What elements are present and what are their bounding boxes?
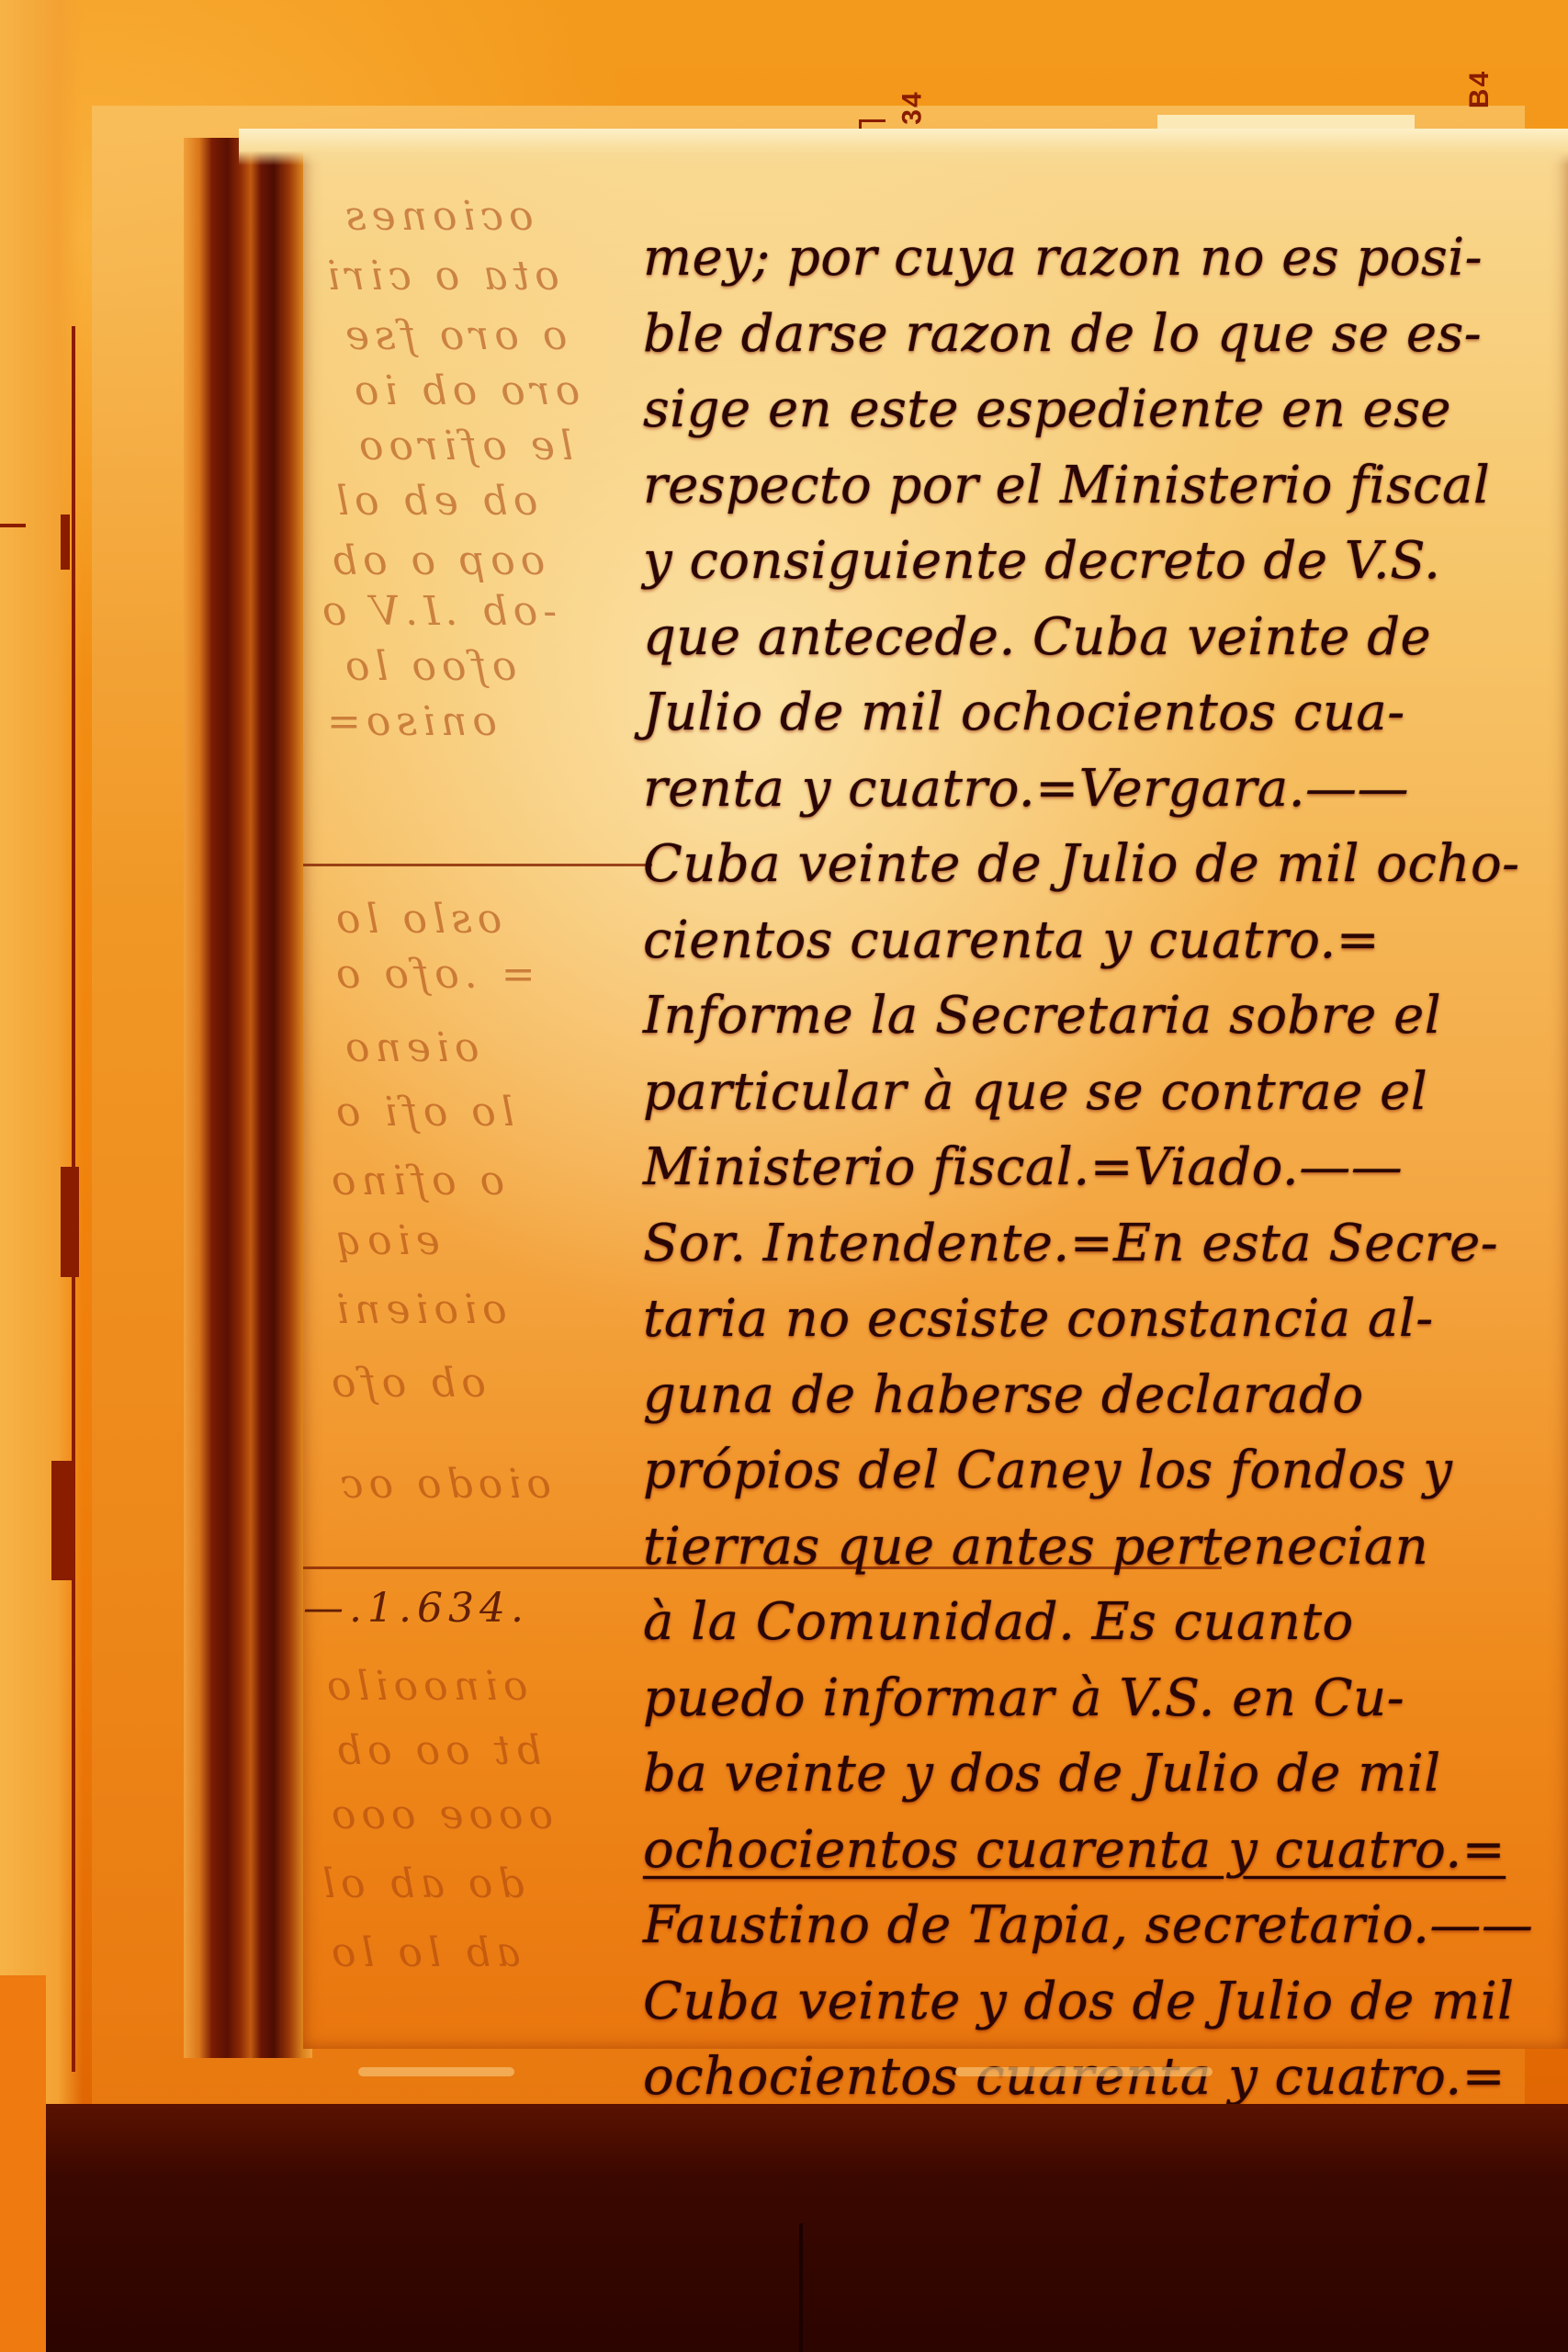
text-line: ochocientos cuarenta y cuatro.= — [643, 1813, 1543, 1889]
text-line: Cuba veinte y dos de Julio de mil — [643, 1964, 1543, 2041]
bleed-line: ociones — [340, 193, 534, 240]
text-line: ble darse razon de lo que se es- — [643, 297, 1543, 373]
text-line: cientos cuarenta y cuatro.= — [643, 903, 1543, 979]
backing-guide-line-horizontal — [0, 524, 26, 527]
bottom-shadow-region — [0, 2104, 1568, 2352]
text-line: respecto por el Ministerio fiscal — [643, 448, 1543, 525]
bleed-line: = .ofo o — [331, 951, 536, 998]
bleed-line: oiodo oc — [335, 1461, 551, 1508]
text-line: Cuba veinte de Julio de mil ocho- — [643, 827, 1543, 903]
backing-guide-thick-3 — [51, 1461, 73, 1580]
bleed-line: do ab ol — [317, 1860, 525, 1907]
text-line: à la Comunidad. Es cuanto — [643, 1585, 1543, 1661]
bleed-line: lo ofi o — [331, 1089, 514, 1136]
bleed-line: ofoo lo — [340, 643, 516, 690]
tab-label-34: 34 — [897, 90, 929, 124]
text-line: particular à que se contrae el — [643, 1055, 1543, 1131]
text-line: Faustino de Tapia, secretario.—— — [643, 1888, 1543, 1964]
tab-label-b4: B4 — [1464, 70, 1495, 108]
backing-guide-thick-1 — [61, 514, 70, 570]
book-binding — [184, 138, 312, 2058]
bleed-line: oieno — [340, 1024, 479, 1071]
bleed-line: oro ob io — [349, 367, 580, 414]
text-line: ba veinte y dos de Julio de mil — [643, 1736, 1543, 1813]
bottom-seam — [799, 2223, 803, 2352]
text-line: renta y cuatro.=Vergara.—— — [643, 752, 1543, 828]
bleed-line: —.1.634. — [303, 1585, 529, 1632]
bleed-line: ob ofo — [326, 1360, 486, 1407]
bleed-line: oioieni — [331, 1286, 507, 1333]
backing-guide-thick-2 — [61, 1167, 79, 1277]
bleed-line: oooe ooo — [326, 1792, 553, 1838]
page-bottom-glint — [358, 2067, 514, 2076]
left-light-strip — [0, 0, 83, 2205]
text-line: Informe la Secretaria sobre el — [643, 978, 1543, 1055]
text-line: sige en este espediente en ese — [643, 372, 1543, 448]
text-line: própios del Caney los fondos y — [643, 1433, 1543, 1510]
text-line: taria no ecsiste constancia al- — [643, 1282, 1543, 1358]
page-bottom-glint — [955, 2067, 1213, 2076]
margin-rule-upper — [303, 864, 652, 866]
bleed-line: le ofiroo — [354, 423, 573, 469]
bleed-line: ota o ciri — [321, 253, 559, 300]
text-line: guna de haberse declarado — [643, 1358, 1543, 1434]
bottom-left-strip — [0, 1975, 46, 2352]
text-line: mey; por cuya razon no es posi- — [643, 220, 1543, 297]
bleed-line: o oro fse — [340, 312, 567, 359]
text-line: Ministerio fiscal.=Viado.—— — [643, 1130, 1543, 1206]
text-line: tierras que antes pertenecian — [643, 1510, 1543, 1586]
text-line: Julio de mil ochocientos cua- — [643, 675, 1543, 752]
text-line: y consiguiente decreto de V.S. — [643, 524, 1543, 600]
main-handwritten-text: mey; por cuya razon no es posi- ble dars… — [643, 220, 1543, 2343]
text-line: puedo informar à V.S. en Cu- — [643, 1661, 1543, 1737]
text-line: que antecede. Cuba veinte de — [643, 600, 1543, 676]
bleed-line: eioq — [331, 1217, 440, 1264]
bleed-line: o ofino — [326, 1158, 504, 1204]
text-line: Sor. Intendente.=En esta Secre- — [643, 1206, 1543, 1283]
bleed-line: oslo lo — [331, 896, 502, 943]
bleed-line: oinooilo — [321, 1663, 528, 1710]
bleed-line: ob eb ol — [331, 478, 537, 525]
bleed-line: ab lo lo — [326, 1929, 521, 1976]
bleed-line: bt oo ob — [331, 1727, 541, 1774]
page-top-edge — [239, 129, 1568, 165]
bleed-line: oop o ob — [326, 537, 545, 584]
bleed-line: oniso= — [321, 698, 497, 745]
bleed-line: -ob .I.V o — [317, 588, 557, 635]
